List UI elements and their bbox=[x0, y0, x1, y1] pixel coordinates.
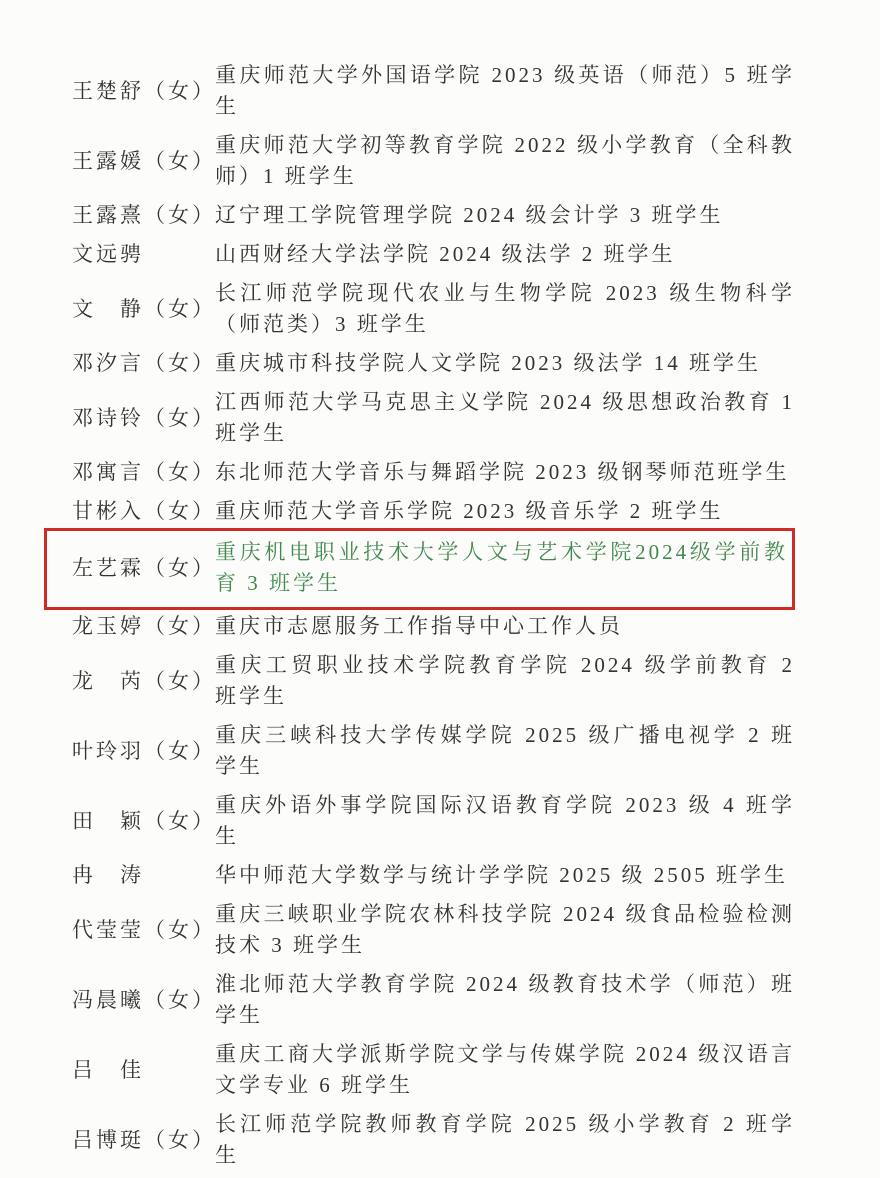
entry-row: 甘彬入（女） 重庆师范大学音乐学院 2023 级音乐学 2 班学生 bbox=[72, 496, 795, 527]
entry-row: 文 静（女） 长江师范学院现代农业与生物学院 2023 级生物科学（师范类）3 … bbox=[72, 278, 795, 340]
entry-row: 王楚舒（女） 重庆师范大学外国语学院 2023 级英语（师范）5 班学生 bbox=[72, 60, 795, 122]
entry-name: 王楚舒（女） bbox=[72, 76, 215, 107]
entry-description: 长江师范学院现代农业与生物学院 2023 级生物科学（师范类）3 班学生 bbox=[215, 278, 795, 340]
entry-row: 龙 芮（女） 重庆工贸职业技术学院教育学院 2024 级学前教育 2 班学生 bbox=[72, 650, 795, 712]
entry-row-highlighted: 左艺霖（女） 重庆机电职业技术大学人文与艺术学院2024级学前教育 3 班学生 bbox=[44, 528, 795, 610]
entry-row: 吕博珽（女） 长江师范学院教师教育学院 2025 级小学教育 2 班学生 bbox=[72, 1109, 795, 1171]
entry-name: 文远骋 bbox=[72, 239, 215, 270]
entry-description: 重庆三峡职业学院农林科技学院 2024 级食品检验检测技术 3 班学生 bbox=[215, 899, 795, 961]
entry-description: 江西师范大学马克思主义学院 2024 级思想政治教育 1 班学生 bbox=[215, 387, 795, 449]
entry-description: 重庆师范大学初等教育学院 2022 级小学教育（全科教师）1 班学生 bbox=[215, 130, 795, 192]
entry-row: 邓汐言（女） 重庆城市科技学院人文学院 2023 级法学 14 班学生 bbox=[72, 348, 795, 379]
entry-description: 重庆师范大学外国语学院 2023 级英语（师范）5 班学生 bbox=[215, 60, 795, 122]
entry-row: 田 颖（女） 重庆外语外事学院国际汉语教育学院 2023 级 4 班学生 bbox=[72, 790, 795, 852]
entry-name: 王露熹（女） bbox=[72, 200, 215, 231]
entry-description: 重庆市志愿服务工作指导中心工作人员 bbox=[215, 611, 795, 642]
entry-name: 龙 芮（女） bbox=[72, 666, 215, 697]
entry-row: 叶玲羽（女） 重庆三峡科技大学传媒学院 2025 级广播电视学 2 班学生 bbox=[72, 720, 795, 782]
entry-name: 邓寓言（女） bbox=[72, 457, 215, 488]
entry-name: 叶玲羽（女） bbox=[72, 736, 215, 767]
entry-name: 代莹莹（女） bbox=[72, 915, 215, 946]
entry-description: 东北师范大学音乐与舞蹈学院 2023 级钢琴师范班学生 bbox=[215, 457, 795, 488]
entry-name: 田 颖（女） bbox=[72, 806, 215, 837]
entry-name: 吕 佳 bbox=[72, 1055, 215, 1086]
entry-description: 山西财经大学法学院 2024 级法学 2 班学生 bbox=[215, 239, 795, 270]
entry-description: 重庆机电职业技术大学人文与艺术学院2024级学前教育 3 班学生 bbox=[215, 537, 788, 599]
entry-row: 冯晨曦（女） 淮北师范大学教育学院 2024 级教育技术学（师范）班学生 bbox=[72, 969, 795, 1031]
entry-name: 龙玉婷（女） bbox=[72, 611, 215, 642]
entry-row: 王露熹（女） 辽宁理工学院管理学院 2024 级会计学 3 班学生 bbox=[72, 200, 795, 231]
entry-row: 代莹莹（女） 重庆三峡职业学院农林科技学院 2024 级食品检验检测技术 3 班… bbox=[72, 899, 795, 961]
entry-description: 长江师范学院教师教育学院 2025 级小学教育 2 班学生 bbox=[215, 1109, 795, 1171]
entry-row: 王露媛（女） 重庆师范大学初等教育学院 2022 级小学教育（全科教师）1 班学… bbox=[72, 130, 795, 192]
entry-description: 辽宁理工学院管理学院 2024 级会计学 3 班学生 bbox=[215, 200, 795, 231]
entry-row: 龙玉婷（女） 重庆市志愿服务工作指导中心工作人员 bbox=[72, 611, 795, 642]
entry-description: 重庆师范大学音乐学院 2023 级音乐学 2 班学生 bbox=[215, 496, 795, 527]
entry-name: 冉 涛 bbox=[72, 860, 215, 891]
entry-name: 冯晨曦（女） bbox=[72, 985, 215, 1016]
entry-name: 甘彬入（女） bbox=[72, 496, 215, 527]
document-page: 王楚舒（女） 重庆师范大学外国语学院 2023 级英语（师范）5 班学生 王露媛… bbox=[0, 0, 880, 1178]
entry-row: 冉 涛 华中师范大学数学与统计学学院 2025 级 2505 班学生 bbox=[72, 860, 795, 891]
entry-description: 重庆城市科技学院人文学院 2023 级法学 14 班学生 bbox=[215, 348, 795, 379]
entry-row: 邓诗铃（女） 江西师范大学马克思主义学院 2024 级思想政治教育 1 班学生 bbox=[72, 387, 795, 449]
entry-name: 邓诗铃（女） bbox=[72, 403, 215, 434]
entry-description: 淮北师范大学教育学院 2024 级教育技术学（师范）班学生 bbox=[215, 969, 795, 1031]
entry-description: 重庆工贸职业技术学院教育学院 2024 级学前教育 2 班学生 bbox=[215, 650, 795, 712]
entry-description: 重庆三峡科技大学传媒学院 2025 级广播电视学 2 班学生 bbox=[215, 720, 795, 782]
entry-name: 王露媛（女） bbox=[72, 146, 215, 177]
entry-name: 邓汐言（女） bbox=[72, 348, 215, 379]
entry-description: 重庆外语外事学院国际汉语教育学院 2023 级 4 班学生 bbox=[215, 790, 795, 852]
entry-description: 重庆工商大学派斯学院文学与传媒学院 2024 级汉语言文学专业 6 班学生 bbox=[215, 1039, 795, 1101]
entry-description: 华中师范大学数学与统计学学院 2025 级 2505 班学生 bbox=[215, 860, 795, 891]
recognition-list: 王楚舒（女） 重庆师范大学外国语学院 2023 级英语（师范）5 班学生 王露媛… bbox=[72, 60, 795, 1171]
entry-row: 邓寓言（女） 东北师范大学音乐与舞蹈学院 2023 级钢琴师范班学生 bbox=[72, 457, 795, 488]
entry-name: 文 静（女） bbox=[72, 294, 215, 325]
entry-row: 吕 佳 重庆工商大学派斯学院文学与传媒学院 2024 级汉语言文学专业 6 班学… bbox=[72, 1039, 795, 1101]
entry-row: 文远骋 山西财经大学法学院 2024 级法学 2 班学生 bbox=[72, 239, 795, 270]
entry-name: 吕博珽（女） bbox=[72, 1125, 215, 1156]
entry-name: 左艺霖（女） bbox=[72, 553, 215, 584]
